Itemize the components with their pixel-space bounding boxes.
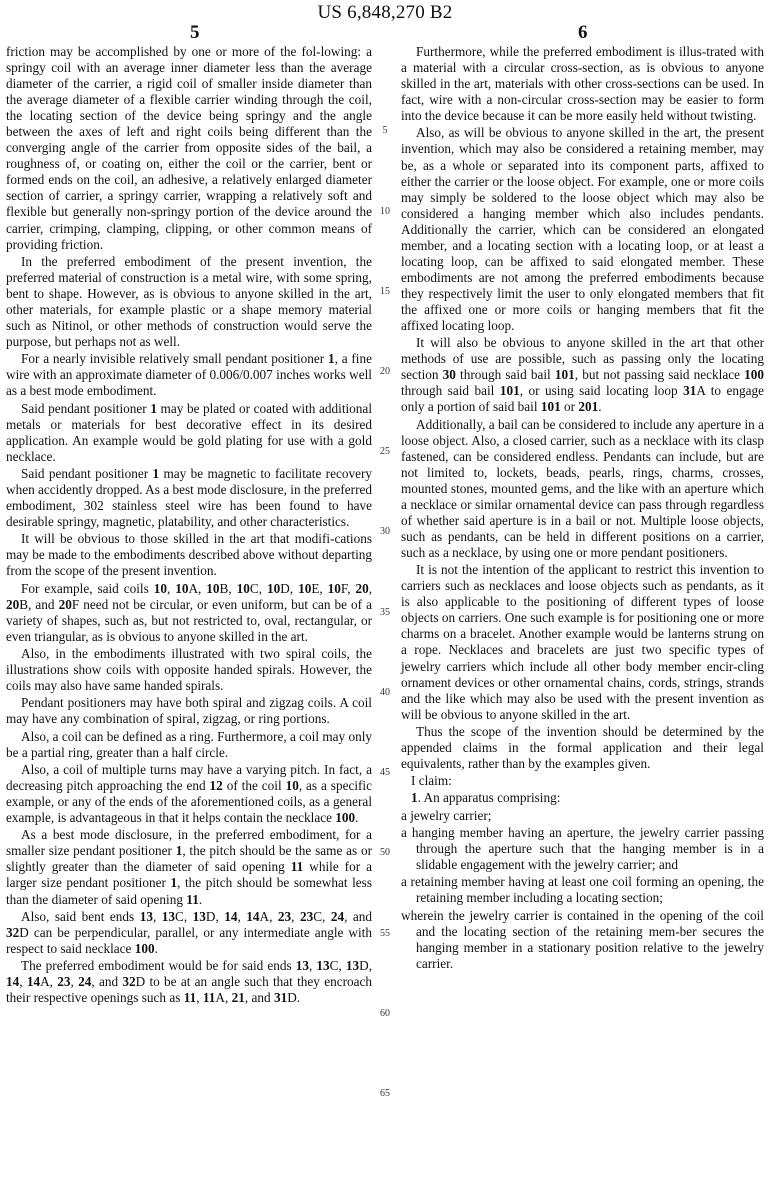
claims-intro: I claim: — [401, 773, 764, 789]
line-number: 25 — [375, 446, 395, 457]
paragraph: It will also be obvious to anyone skille… — [401, 335, 764, 415]
line-number: 40 — [375, 687, 395, 698]
patent-number: US 6,848,270 B2 — [0, 2, 770, 24]
claim-element: a retaining member having at least one c… — [401, 874, 764, 906]
line-number: 10 — [375, 206, 395, 217]
line-number: 15 — [375, 286, 395, 297]
paragraph: Thus the scope of the invention should b… — [401, 724, 764, 772]
paragraph: friction may be accomplished by one or m… — [6, 44, 372, 253]
line-number: 45 — [375, 767, 395, 778]
column-number-left: 5 — [190, 22, 200, 44]
line-number: 20 — [375, 366, 395, 377]
line-number: 65 — [375, 1088, 395, 1099]
line-number: 50 — [375, 847, 395, 858]
paragraph: Said pendant positioner 1 may be plated … — [6, 401, 372, 465]
paragraph: Also, as will be obvious to anyone skill… — [401, 125, 764, 334]
paragraph: Furthermore, while the preferred embodim… — [401, 44, 764, 124]
line-number: 55 — [375, 928, 395, 939]
paragraph: In the preferred embodiment of the prese… — [6, 254, 372, 350]
line-number: 5 — [375, 125, 395, 136]
paragraph: As a best mode disclosure, in the prefer… — [6, 827, 372, 907]
paragraph: Said pendant positioner 1 may be magneti… — [6, 466, 372, 530]
paragraph: It is not the intention of the applicant… — [401, 562, 764, 722]
paragraph: Also, in the embodiments illustrated wit… — [6, 646, 372, 694]
paragraph: For example, said coils 10, 10A, 10B, 10… — [6, 581, 372, 645]
line-number: 35 — [375, 607, 395, 618]
right-column: Furthermore, while the preferred embodim… — [401, 44, 764, 973]
paragraph: Additionally, a bail can be considered t… — [401, 417, 764, 561]
paragraph: It will be obvious to those skilled in t… — [6, 531, 372, 579]
paragraph: For a nearly invisible relatively small … — [6, 351, 372, 399]
paragraph: Also, a coil can be defined as a ring. F… — [6, 729, 372, 761]
column-number-right: 6 — [578, 22, 588, 44]
line-number: 60 — [375, 1008, 395, 1019]
paragraph: Also, a coil of multiple turns may have … — [6, 762, 372, 826]
claim-element: wherein the jewelry carrier is contained… — [401, 908, 764, 972]
claim-element: a jewelry carrier; — [401, 808, 764, 824]
paragraph: Pendant positioners may have both spiral… — [6, 695, 372, 727]
claim-1-preamble: 1. An apparatus comprising: — [401, 790, 764, 806]
claim-element: a hanging member having an aperture, the… — [401, 825, 764, 873]
claim-number: 1 — [411, 790, 418, 805]
paragraph: The preferred embodiment would be for sa… — [6, 958, 372, 1006]
patent-page: US 6,848,270 B2 5 6 friction may be acco… — [0, 0, 770, 1189]
paragraph: Also, said bent ends 13, 13C, 13D, 14, 1… — [6, 909, 372, 957]
line-number: 30 — [375, 526, 395, 537]
left-column: friction may be accomplished by one or m… — [6, 44, 372, 1007]
